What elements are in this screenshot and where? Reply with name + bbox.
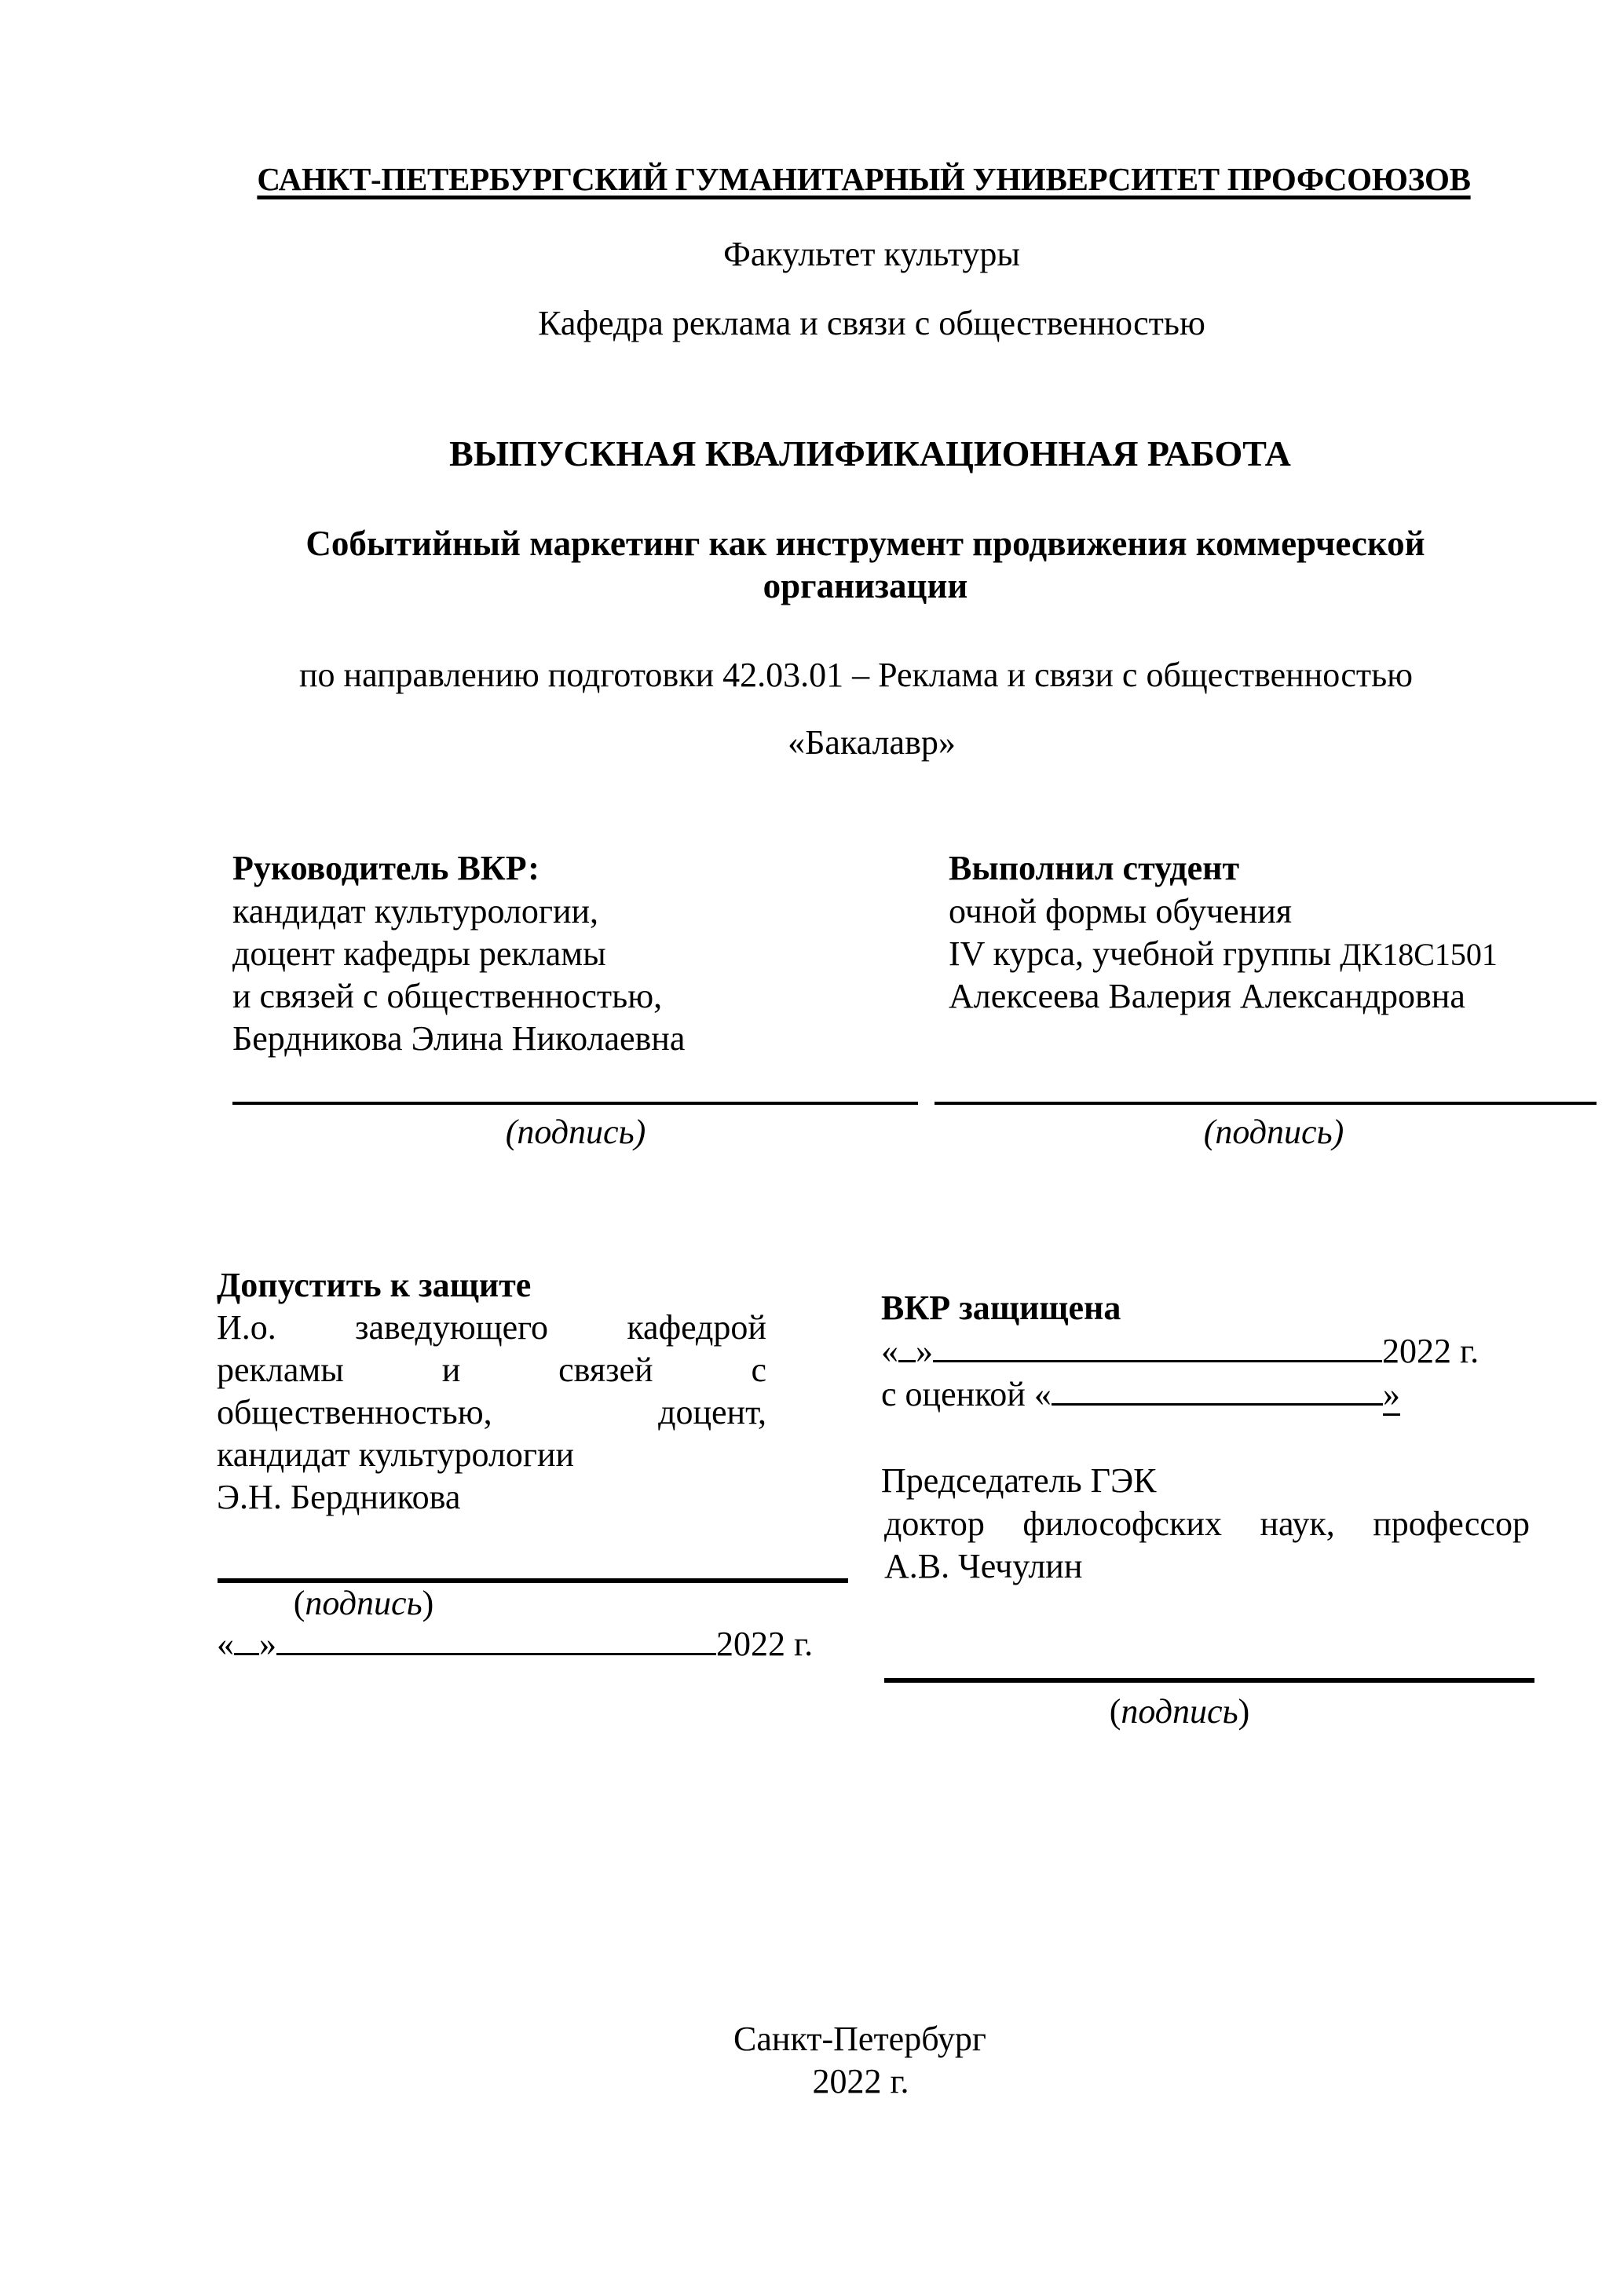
student-group-code: ДК18С1501 xyxy=(1340,937,1498,972)
month-blank[interactable] xyxy=(276,1629,716,1655)
paren: ) xyxy=(1238,1692,1250,1731)
department-name: Кафедра реклама и связи с общественность… xyxy=(538,306,1205,341)
text-word: профессор xyxy=(1373,1507,1530,1541)
quote: » xyxy=(916,1332,933,1370)
supervisor-line: кандидат культурологии, xyxy=(232,894,598,929)
work-topic-line-2: организации xyxy=(763,569,968,604)
supervisor-line: и связей с общественностью, xyxy=(232,979,662,1014)
supervisor-heading: Руководитель ВКР: xyxy=(232,851,540,886)
admission-signature-label: (подпись) xyxy=(294,1586,434,1621)
admission-position-line: рекламы и связей с xyxy=(217,1353,766,1387)
supervisor-name: Бердникова Элина Николаевна xyxy=(232,1022,685,1056)
date-year: 2022 г. xyxy=(716,1625,813,1663)
admission-position-line: общественностью, доцент, xyxy=(217,1395,766,1430)
student-heading: Выполнил студент xyxy=(949,851,1239,886)
date-year: 2022 г. xyxy=(1382,1332,1479,1370)
paren: ( xyxy=(294,1584,305,1622)
signature-word: подпись xyxy=(305,1584,422,1622)
student-signature-line xyxy=(935,1102,1597,1105)
admission-signer-name: Э.Н. Бердникова xyxy=(217,1480,460,1515)
text-word: кафедрой xyxy=(627,1311,766,1345)
faculty-name: Факультет культуры xyxy=(723,237,1020,272)
degree-label: «Бакалавр» xyxy=(788,726,956,760)
defense-date-field[interactable]: «»2022 г. xyxy=(881,1334,1479,1369)
study-direction: по направлению подготовки 42.03.01 – Рек… xyxy=(299,658,1413,693)
student-course-group: IV курса, учебной группы ДК18С1501 xyxy=(949,937,1498,971)
admission-heading: Допустить к защите xyxy=(217,1268,531,1303)
text-word: заведующего xyxy=(355,1311,548,1345)
text-word: доцент, xyxy=(658,1395,766,1430)
text-word: и xyxy=(442,1353,461,1387)
quote: « xyxy=(217,1625,234,1663)
text-word: доктор xyxy=(884,1507,985,1541)
quote: » xyxy=(259,1625,276,1663)
chair-title: Председатель ГЭК xyxy=(881,1464,1157,1498)
supervisor-signature-label: (подпись) xyxy=(506,1115,646,1150)
text-word: философских xyxy=(1022,1507,1222,1541)
year: 2022 г. xyxy=(812,2064,909,2099)
student-course: IV курса, учебной группы xyxy=(949,934,1340,973)
work-type-title: ВЫПУСКНАЯ КВАЛИФИКАЦИОННАЯ РАБОТА xyxy=(449,436,1291,472)
text-word: И.о. xyxy=(217,1311,276,1345)
grade-label: с оценкой « xyxy=(881,1375,1052,1413)
text-word: общественностью, xyxy=(217,1395,492,1430)
chair-signature-line xyxy=(884,1678,1534,1683)
chair-degree: доктор философских наук, профессор xyxy=(884,1507,1530,1541)
admission-date-field[interactable]: «»2022 г. xyxy=(217,1627,813,1662)
defense-heading: ВКР защищена xyxy=(881,1291,1121,1325)
day-blank[interactable] xyxy=(898,1336,916,1362)
quote: « xyxy=(881,1332,898,1370)
grade-blank[interactable] xyxy=(1052,1380,1383,1406)
admission-position-line: И.о. заведующего кафедрой xyxy=(217,1311,766,1345)
student-study-form: очной формы обучения xyxy=(949,894,1292,929)
text-word: наук, xyxy=(1260,1507,1334,1541)
quote: » xyxy=(1383,1375,1400,1416)
paren: ) xyxy=(422,1584,434,1622)
student-signature-label: (подпись) xyxy=(1204,1115,1344,1150)
text-word: рекламы xyxy=(217,1353,344,1387)
month-blank[interactable] xyxy=(933,1336,1382,1362)
chair-signature-label: (подпись) xyxy=(1110,1695,1250,1729)
student-name: Алексеева Валерия Александровна xyxy=(949,979,1465,1014)
admission-degree: кандидат культурологии xyxy=(217,1438,574,1472)
signature-word: подпись xyxy=(1121,1692,1238,1731)
work-topic-line-1: Событийный маркетинг как инструмент прод… xyxy=(305,526,1425,561)
text-word: с xyxy=(751,1353,766,1387)
admission-signature-line xyxy=(218,1578,848,1583)
university-name: САНКТ-ПЕТЕРБУРГСКИЙ ГУМАНИТАРНЫЙ УНИВЕРС… xyxy=(257,163,1470,196)
defense-grade-field[interactable]: с оценкой «» xyxy=(881,1377,1400,1412)
chair-name: А.В. Чечулин xyxy=(884,1549,1082,1584)
supervisor-signature-line xyxy=(232,1102,918,1105)
supervisor-line: доцент кафедры рекламы xyxy=(232,937,606,971)
day-blank[interactable] xyxy=(234,1629,259,1655)
paren: ( xyxy=(1110,1692,1121,1731)
text-word: связей xyxy=(558,1353,653,1387)
city: Санкт-Петербург xyxy=(733,2022,986,2057)
